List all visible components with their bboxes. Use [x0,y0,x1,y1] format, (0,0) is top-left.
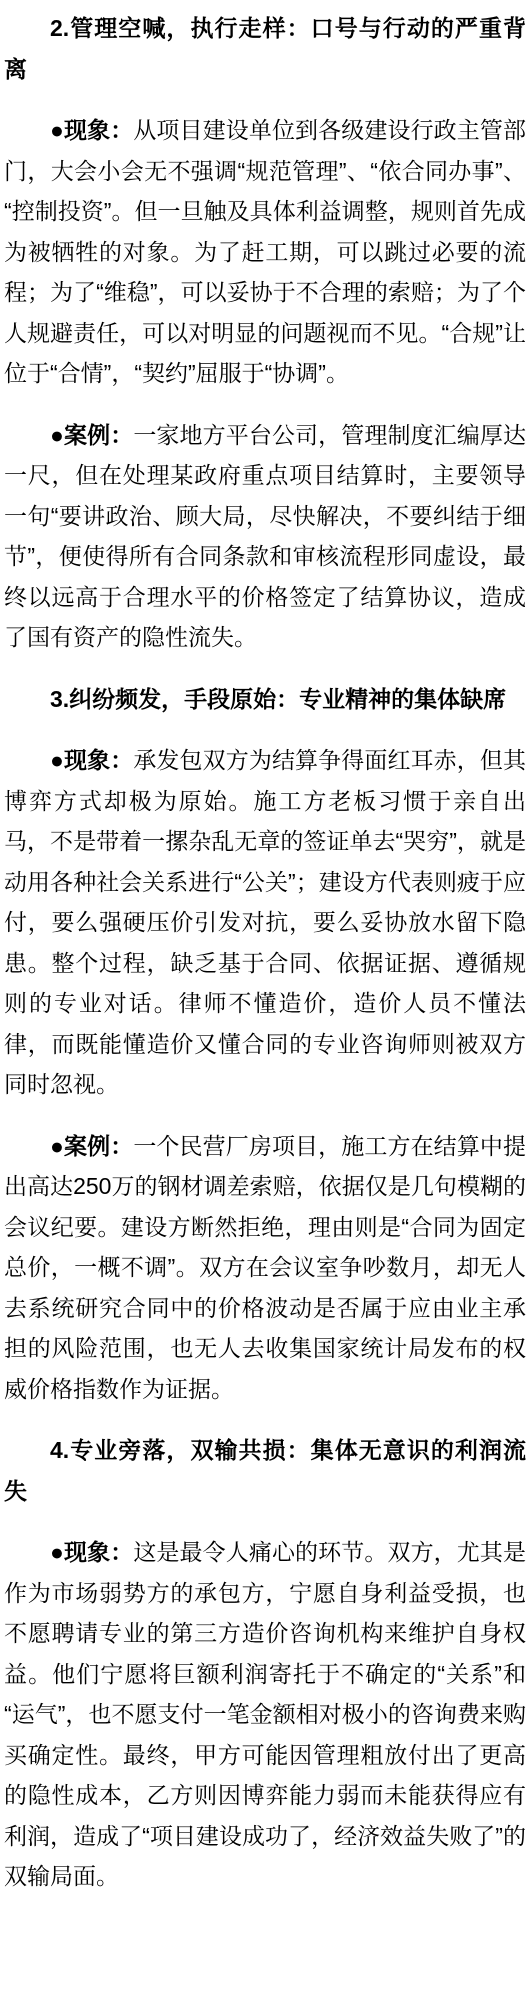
paragraph: ●案例：一家地方平台公司，管理制度汇编厚达一尺，但在处理某政府重点项目结算时，主… [4,415,526,658]
section-heading: 3.纠纷频发，手段原始：专业精神的集体缺席 [4,679,526,720]
section-heading: 4.专业旁落，双输共损：集体无意识的利润流失 [4,1430,526,1511]
article-body: 2.管理空喊，执行走样：口号与行动的严重背离●现象：从项目建设单位到各级建设行政… [0,0,529,1897]
paragraph: ●案例：一个民营厂房项目，施工方在结算中提出高达250万的钢材调差索赔，依据仅是… [4,1126,526,1410]
paragraph: ●现象：承发包双方为结算争得面红耳赤，但其博弈方式却极为原始。施工方老板习惯于亲… [4,740,526,1105]
section-heading: 2.管理空喊，执行走样：口号与行动的严重背离 [4,8,526,89]
paragraph-lead-bullet-label: ●现象： [50,747,133,773]
paragraph: ●现象：这是最令人痛心的环节。双方，尤其是作为市场弱势方的承包方，宁愿自身利益受… [4,1532,526,1897]
paragraph-lead-bullet-label: ●案例： [50,422,133,448]
paragraph-text: 承发包双方为结算争得面红耳赤，但其博弈方式却极为原始。施工方老板习惯于亲自出马，… [4,747,526,1097]
paragraph-text: 一家地方平台公司，管理制度汇编厚达一尺，但在处理某政府重点项目结算时，主要领导一… [4,422,526,651]
article-page: { "page": { "background_color": "#ffffff… [0,0,529,2000]
paragraph-text: 从项目建设单位到各级建设行政主管部门，大会小会无不强调“规范管理”、“依合同办事… [4,117,526,386]
paragraph-lead-bullet-label: ●案例： [50,1133,133,1159]
paragraph-text: 一个民营厂房项目，施工方在结算中提出高达250万的钢材调差索赔，依据仅是几句模糊… [4,1133,526,1402]
paragraph-lead-bullet-label: ●现象： [50,117,133,143]
paragraph: ●现象：从项目建设单位到各级建设行政主管部门，大会小会无不强调“规范管理”、“依… [4,110,526,394]
paragraph-lead-bullet-label: ●现象： [50,1539,133,1565]
paragraph-text: 这是最令人痛心的环节。双方，尤其是作为市场弱势方的承包方，宁愿自身利益受损，也不… [4,1539,526,1889]
